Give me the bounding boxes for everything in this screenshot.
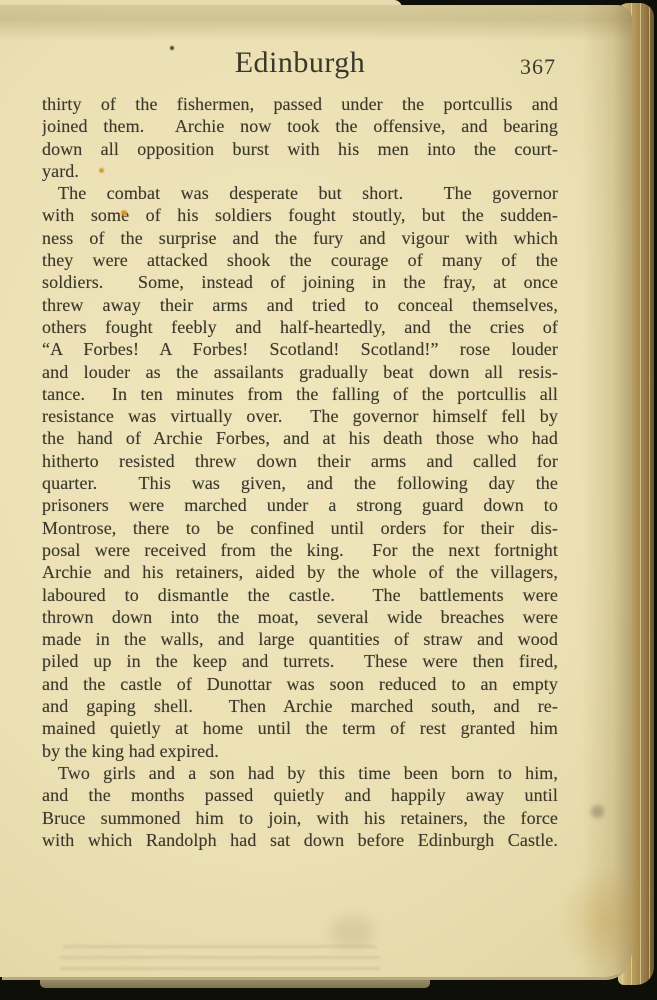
text-line: yard. — [42, 160, 558, 182]
page-text: thirty of the fishermen, passed under th… — [42, 93, 558, 851]
page-header: Edinburgh 367 — [42, 45, 558, 81]
scanned-book-page-photo: Edinburgh 367 thirty of the fishermen, p… — [0, 0, 657, 1000]
text-line: they were attacked shook the courage of … — [42, 249, 558, 271]
text-line: laboured to dismantle the castle. The ba… — [42, 584, 558, 606]
text-line: quarter. This was given, and the followi… — [42, 472, 558, 494]
text-line: posal were received from the king. For t… — [42, 539, 558, 561]
text-line: Bruce summoned him to join, with his ret… — [42, 807, 558, 829]
text-line: thrown down into the moat, several wide … — [42, 606, 558, 628]
text-line: The combat was desperate but short. The … — [42, 182, 558, 204]
text-line: threw away their arms and tried to conce… — [42, 294, 558, 316]
running-header: Edinburgh — [235, 45, 366, 81]
paragraph: The combat was desperate but short. The … — [42, 182, 558, 762]
text-line: Montrose, there to be confined until ord… — [42, 517, 558, 539]
text-line: tance. In ten minutes from the falling o… — [42, 383, 558, 405]
text-line: by the king had expired. — [42, 740, 558, 762]
paragraph: Two girls and a son had by this time bee… — [42, 762, 558, 851]
text-line: and the months passed quietly and happil… — [42, 784, 558, 806]
text-line: Archie and his retainers, aided by the w… — [42, 561, 558, 583]
text-line: made in the walls, and large quantities … — [42, 628, 558, 650]
text-line: resistance was virtually over. The gover… — [42, 405, 558, 427]
text-line: the hand of Archie Forbes, and at his de… — [42, 427, 558, 449]
paper-smudge — [330, 917, 374, 947]
text-line: others fought feebly and half-heartedly,… — [42, 316, 558, 338]
text-line: down all opposition burst with his men i… — [42, 138, 558, 160]
paragraph: thirty of the fishermen, passed under th… — [42, 93, 558, 182]
text-line: with some of his soldiers fought stoutly… — [42, 204, 558, 226]
text-line: and the castle of Dunottar was soon redu… — [42, 673, 558, 695]
text-line: and louder as the assailants gradually b… — [42, 361, 558, 383]
text-line: soldiers. Some, instead of joining in th… — [42, 271, 558, 293]
text-line: with which Randolph had sat down before … — [42, 829, 558, 851]
text-line: mained quietly at home until the term of… — [42, 717, 558, 739]
paper-smudge — [591, 805, 604, 818]
text-line: thirty of the fishermen, passed under th… — [42, 93, 558, 115]
book-page: Edinburgh 367 thirty of the fishermen, p… — [0, 5, 632, 977]
text-line: ness of the surprise and the fury and vi… — [42, 227, 558, 249]
page-number: 367 — [520, 54, 556, 80]
text-line: Two girls and a son had by this time bee… — [42, 762, 558, 784]
text-line: hitherto resisted threw down their arms … — [42, 450, 558, 472]
text-line: “A Forbes! A Forbes! Scotland! Scotland!… — [42, 338, 558, 360]
text-show-through — [60, 945, 380, 977]
text-line: joined them. Archie now took the offensi… — [42, 115, 558, 137]
text-line: prisoners were marched under a strong gu… — [42, 494, 558, 516]
text-line: piled up in the keep and turrets. These … — [42, 650, 558, 672]
text-line: and gaping shell. Then Archie marched so… — [42, 695, 558, 717]
